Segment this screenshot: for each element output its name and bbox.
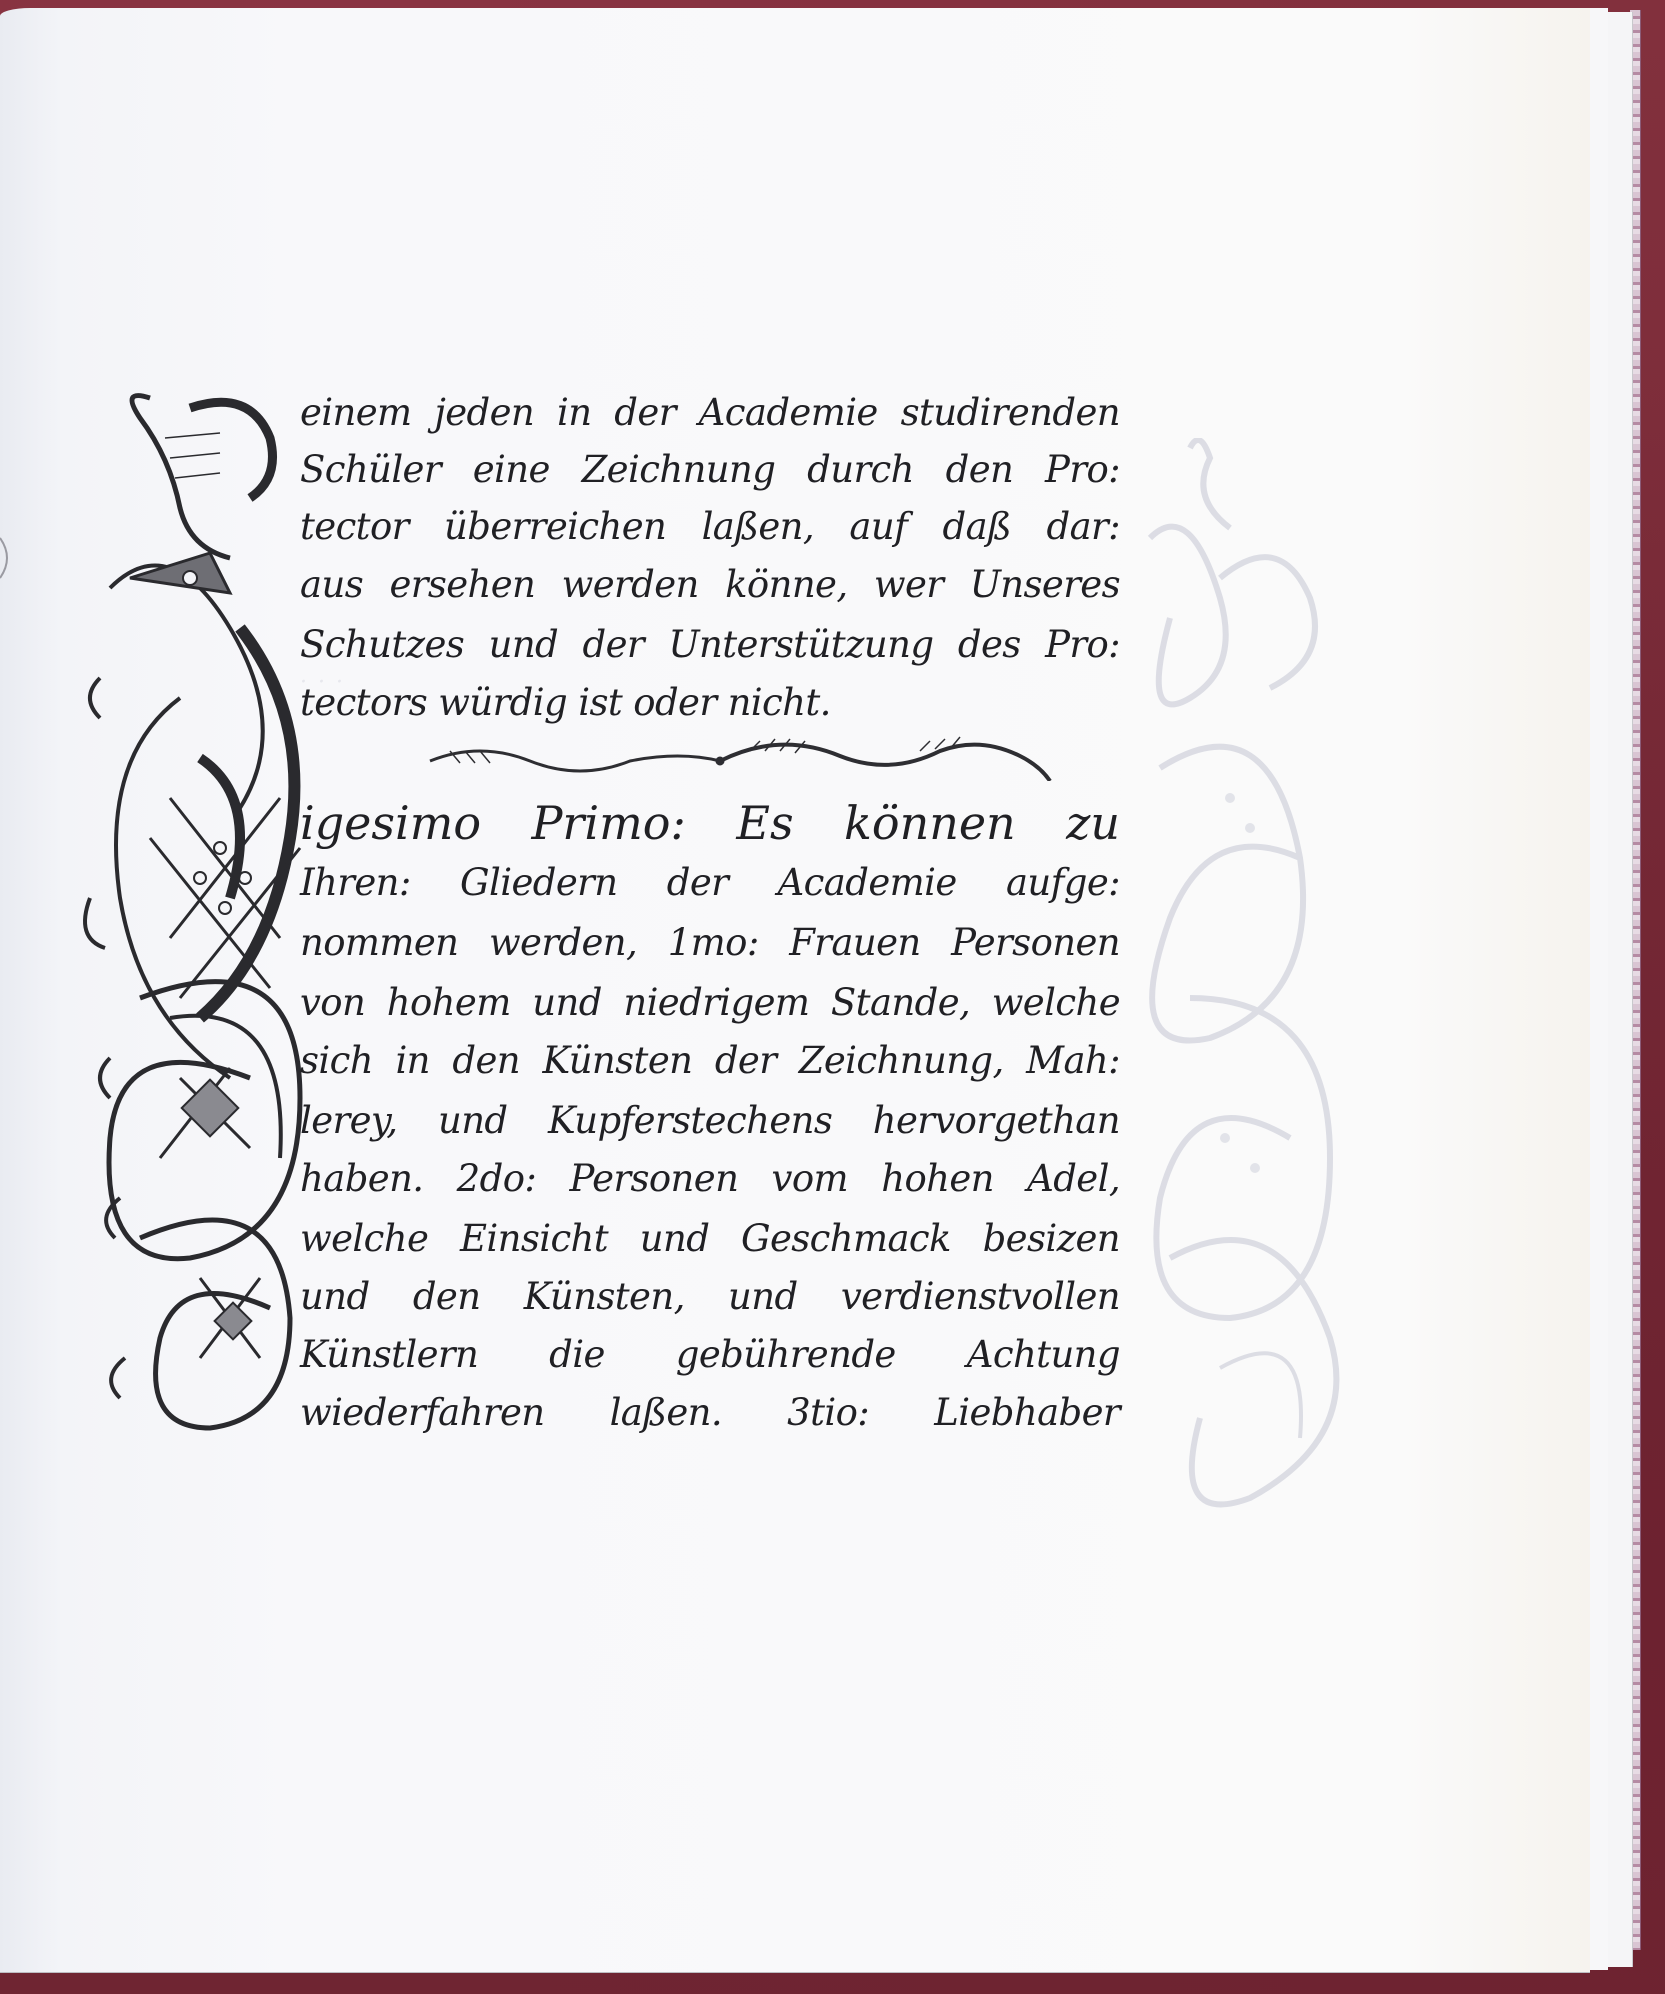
text-line-6: tectors würdig ist oder nicht. <box>300 673 820 733</box>
page-fold-mark-icon <box>0 528 18 588</box>
text-line-16: Künstlern die gebührende Achtung <box>300 1325 1120 1385</box>
manuscript-page: · · · einem jeden in der Academie studir… <box>0 8 1590 1973</box>
text-line-3: tector überreichen laßen, auf daß dar: <box>300 497 1120 557</box>
section-heading-line: igesimo Primo: Es können zu <box>300 793 1120 853</box>
flourished-initial-icon <box>80 378 320 1438</box>
text-line-14: welche Einsicht und Geschmack besizen <box>300 1209 1120 1269</box>
text-line-15: und den Künsten, und verdienstvollen <box>300 1267 1120 1327</box>
text-line-13: haben. 2do: Personen vom hohen Adel, <box>300 1149 1120 1209</box>
scroll-divider-icon <box>420 731 1060 781</box>
text-line-8: Ihren: Gliedern der Academie aufge: <box>300 853 1120 913</box>
text-line-1: einem jeden in der Academie studirenden <box>300 383 1120 443</box>
text-line-4: aus ersehen werden könne, wer Unseres <box>300 555 1120 615</box>
text-line-10: von hohem und niedrigem Stande, welche <box>300 973 1120 1033</box>
text-line-5: Schutzes und der Unterstützung des Pro: <box>300 615 1120 675</box>
text-line-2: Schüler eine Zeichnung durch den Pro: <box>300 440 1120 500</box>
underlying-page <box>1605 12 1633 1967</box>
text-line-11: sich in den Künsten der Zeichnung, Mah: <box>300 1031 1120 1091</box>
mirrored-initial-bleed-icon <box>1130 438 1380 1528</box>
text-line-17: wiederfahren laßen. 3tio: Liebhaber <box>300 1383 1120 1443</box>
text-line-12: lerey, und Kupferstechens hervorgethan <box>300 1091 1120 1151</box>
text-line-9: nommen werden, 1mo: Frauen Personen <box>300 913 1120 973</box>
